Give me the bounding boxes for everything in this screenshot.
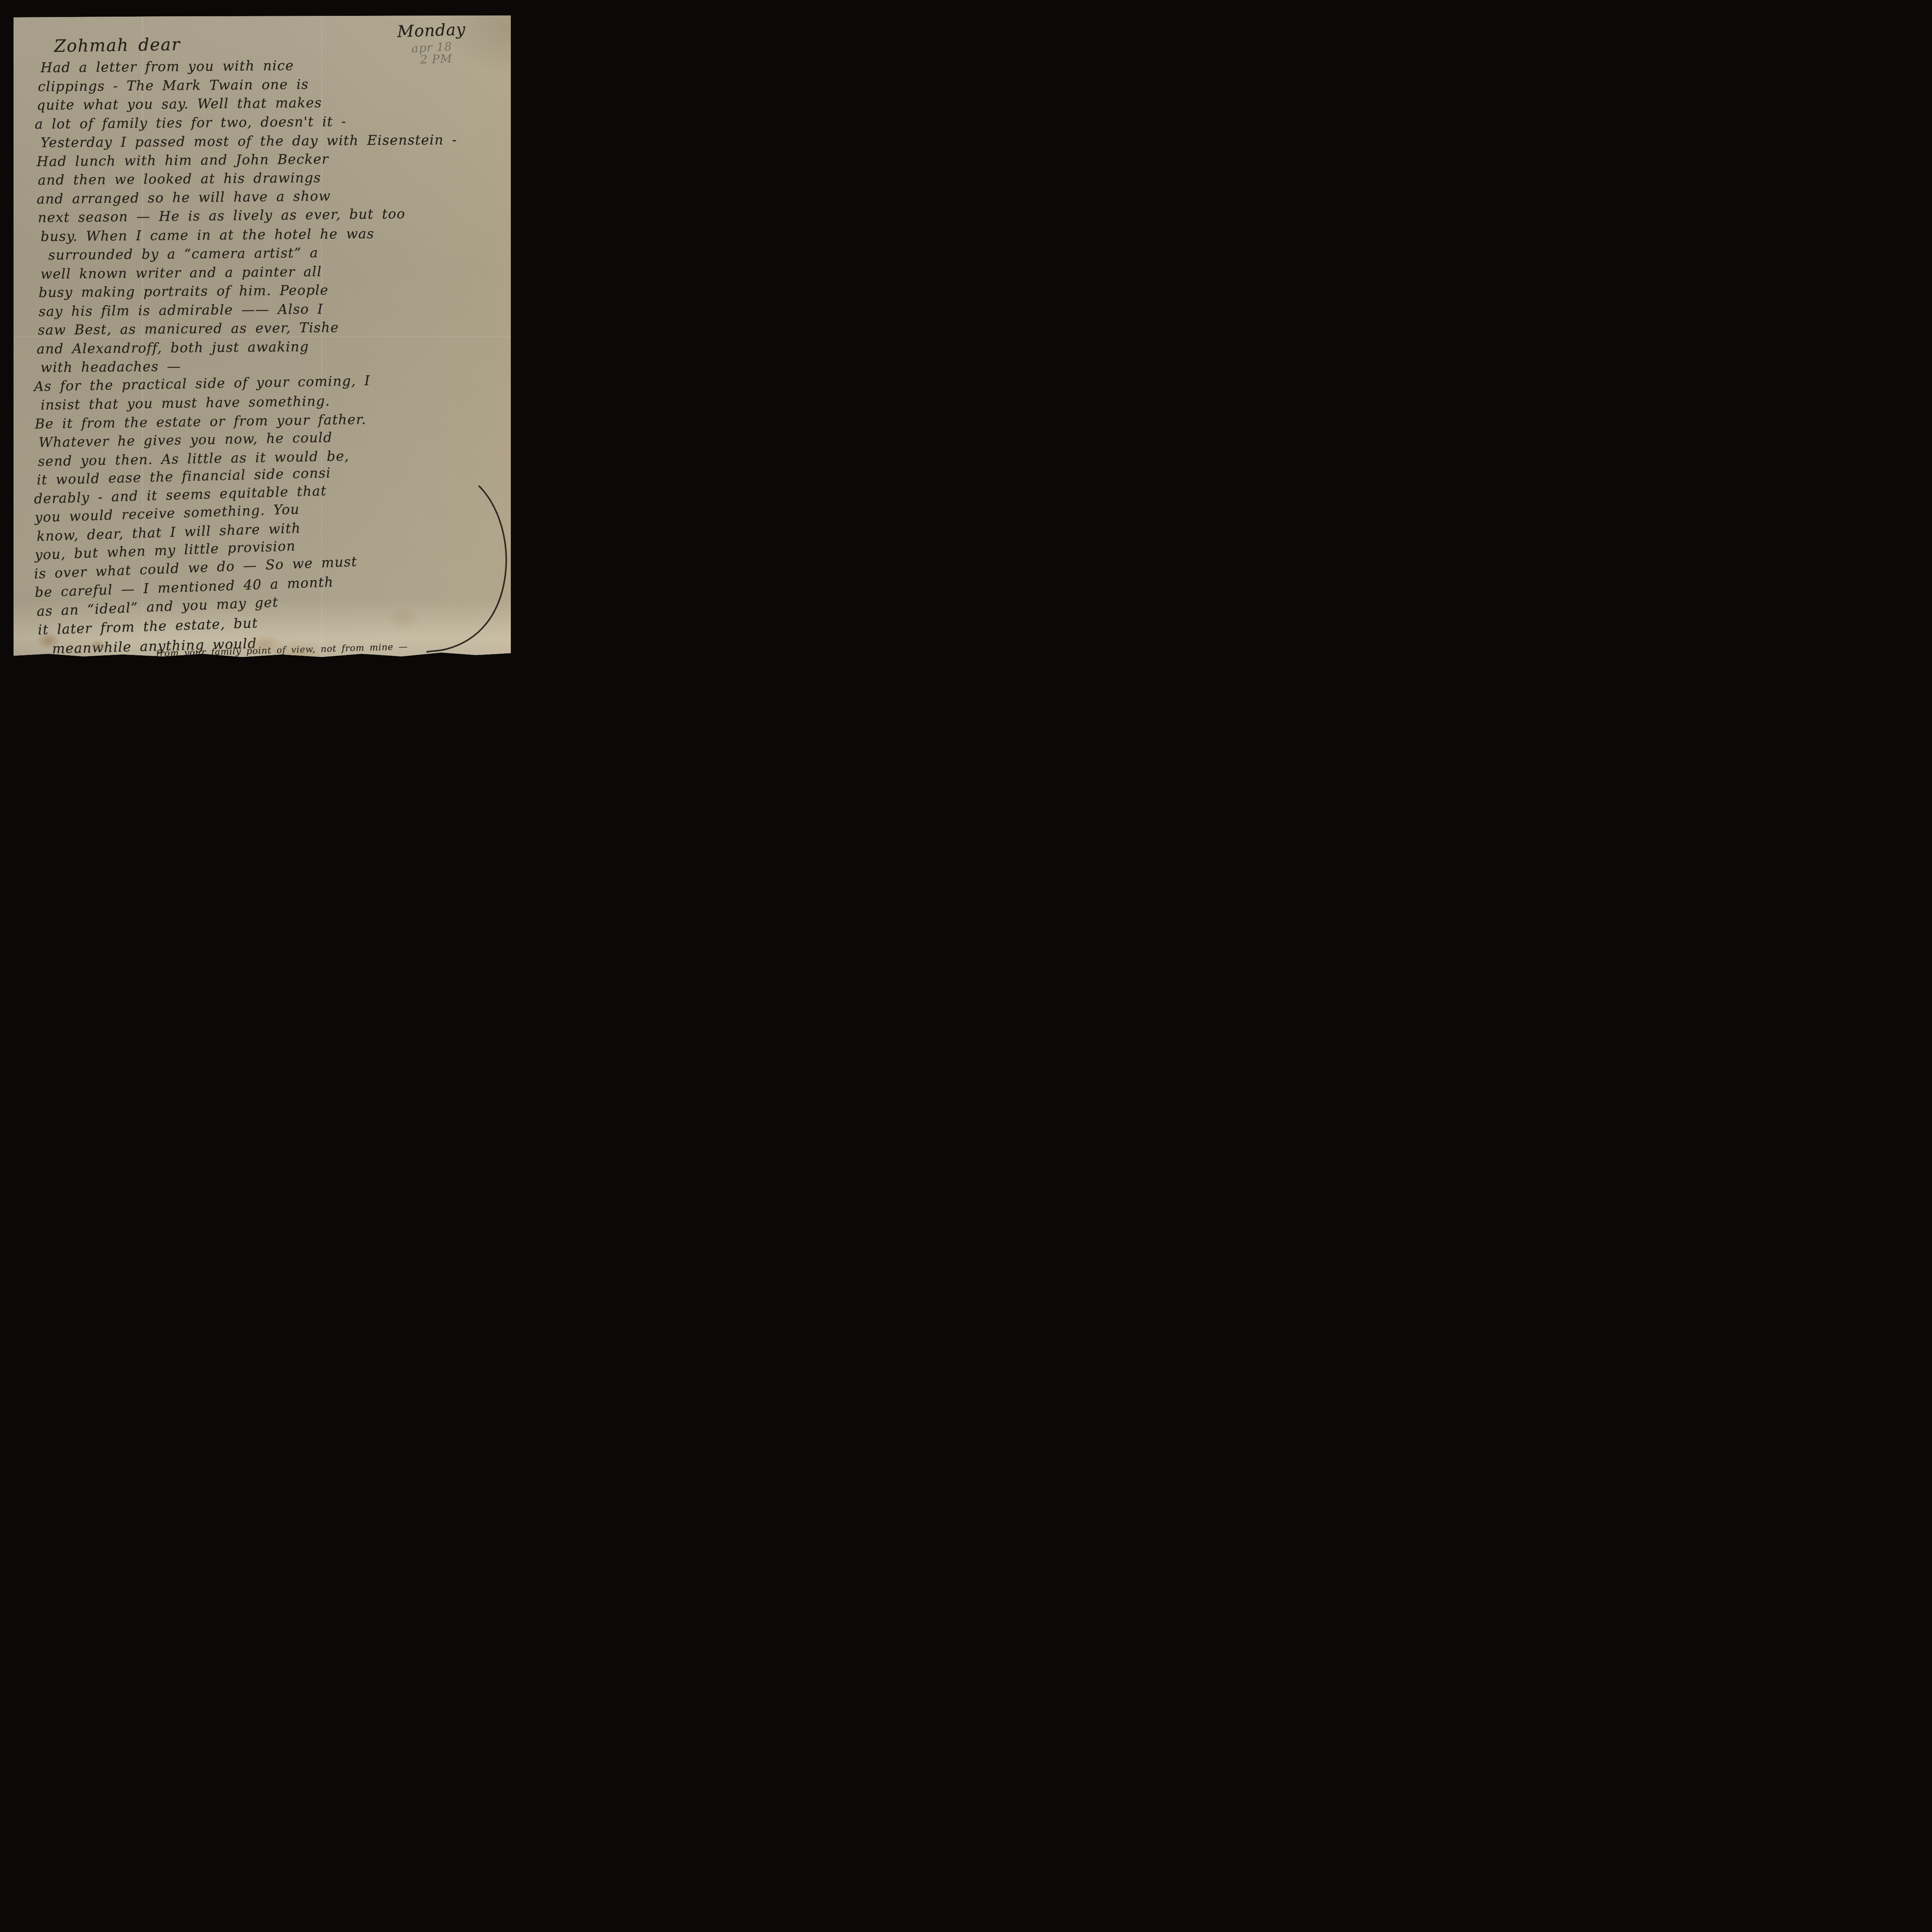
greeting-line: Zohmah dear xyxy=(54,35,181,56)
letter-paper: Monday apr 18 2 PM Zohmah dear Had a let… xyxy=(14,15,511,658)
letter-line: a lot of family ties for two, doesn't it… xyxy=(35,111,511,134)
letter-body: Had a letter from you with niceclippings… xyxy=(14,59,511,658)
date-day-ink: Monday xyxy=(397,20,466,41)
photo-backdrop: Monday apr 18 2 PM Zohmah dear Had a let… xyxy=(0,0,522,676)
